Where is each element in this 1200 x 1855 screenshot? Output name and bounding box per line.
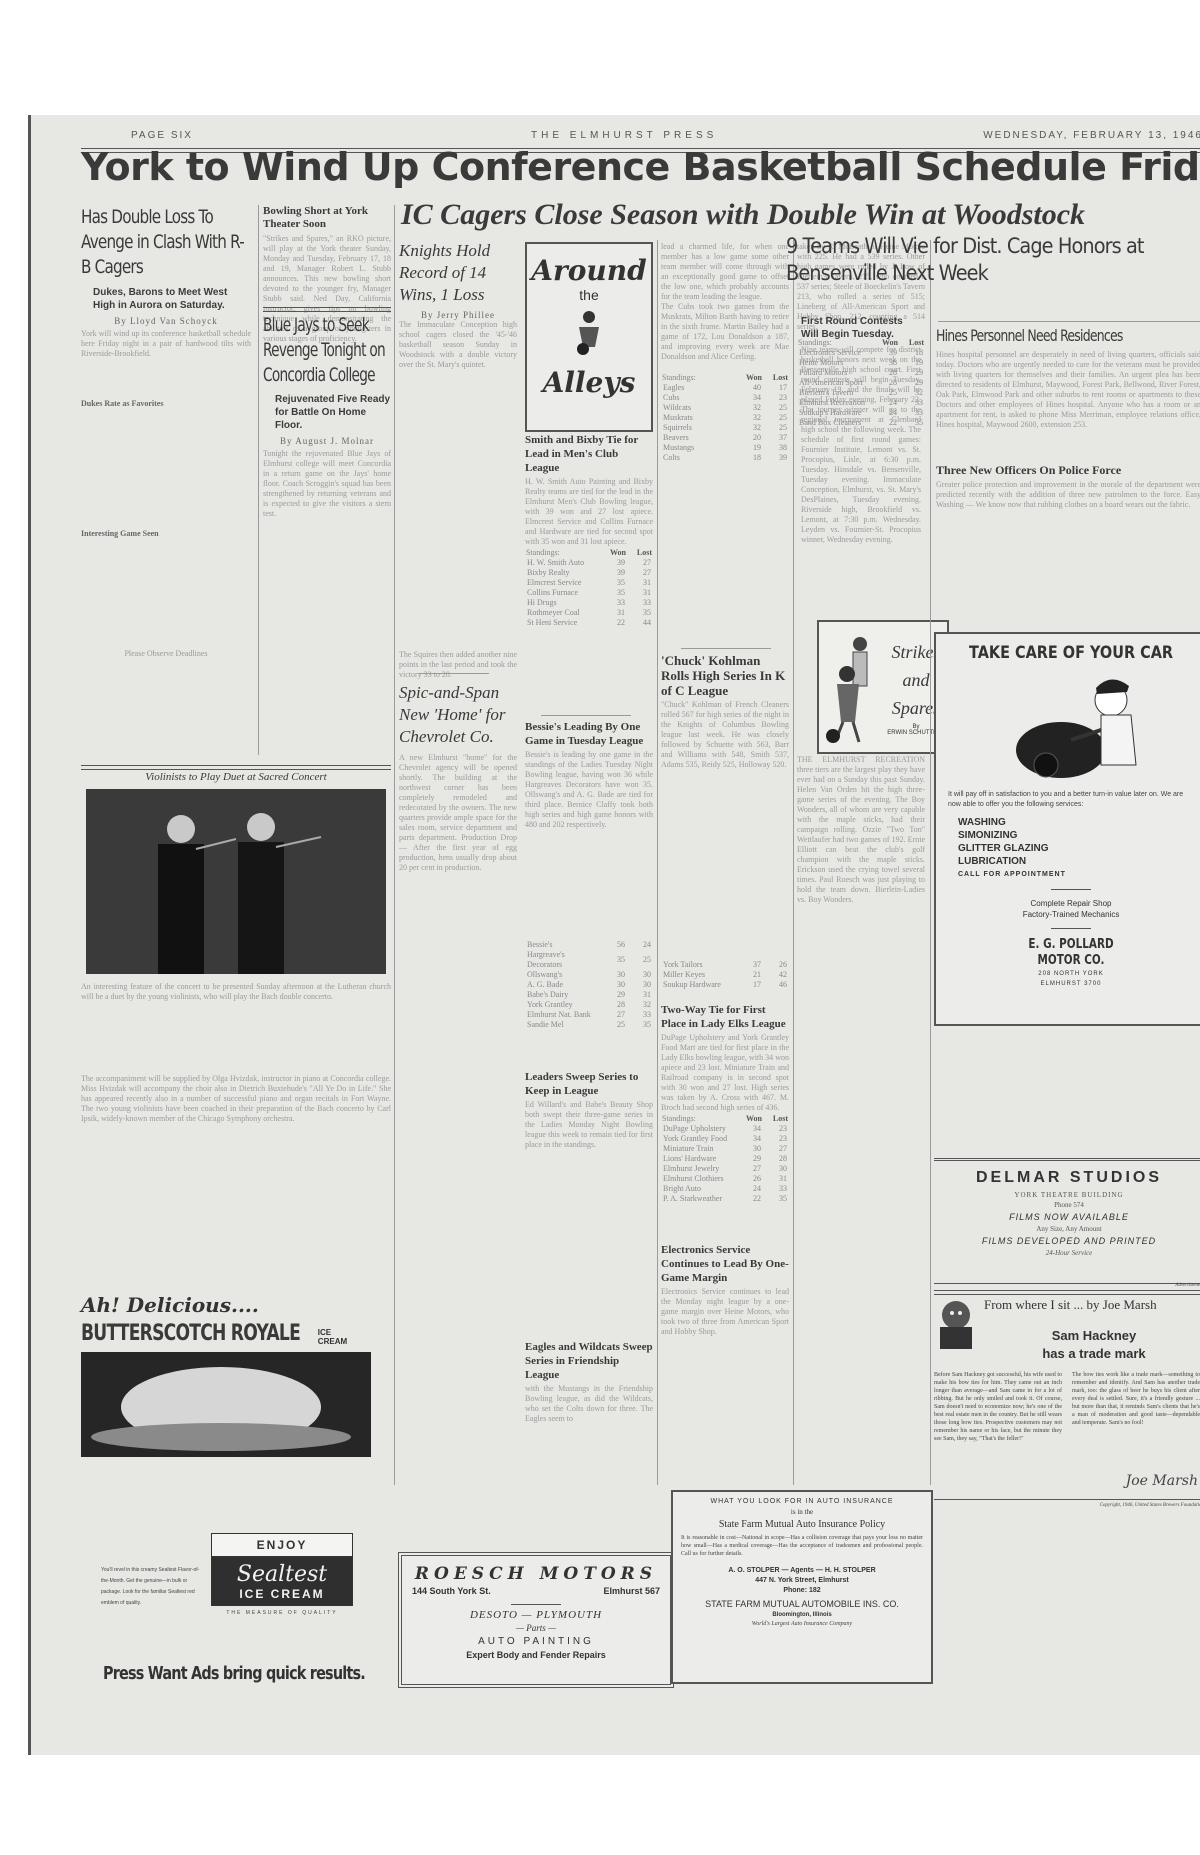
table-row: Ollswang's3030 [525,970,653,980]
table-row: A. G. Bade3030 [525,980,653,990]
ad-tagline: Ah! Delicious.... [81,1293,391,1317]
table-row: York Grantley Food3423 [661,1134,789,1144]
article-body: Bessie's is leading by one game in the s… [525,750,653,940]
services-list: WASHING SIMONIZING GLITTER GLAZING LUBRI… [936,810,1200,881]
standings-table: Standings:WonLost Eagles4017 Cubs3423 Wi… [661,372,789,463]
headline: Hines Personnel Need Residences [936,325,1186,346]
brand-name: Sealtest [212,1562,352,1587]
article-electronics-lead: Electronics Service Continues to Lead By… [661,1243,789,1412]
signature: Joe Marsh [1126,1473,1198,1489]
table-row: Wildcats3225 [661,403,789,413]
standings-table: Standings:WonLost H. W. Smith Auto3927 B… [525,547,653,628]
table-row: Bright Auto2433 [661,1184,789,1194]
article-kohlman: 'Chuck' Kohlman Rolls High Series In K o… [661,653,789,1000]
headline: Leaders Sweep Series to Keep in League [525,1070,653,1098]
table-row: Elmhurst Nat. Bank2733 [525,1010,653,1020]
table-row: York Tailors3726 [661,960,789,970]
bowler-icon [527,307,651,362]
byline: By Lloyd Van Schoyck [81,316,251,326]
table-row: Muskrats3225 [661,413,789,423]
ad-headline: ROESCH MOTORS [402,1564,670,1584]
article-eagles-wildcats: Eagles and Wildcats Sweep Series in Frie… [525,1340,653,1424]
article-body: The Immaculate Conception high school ca… [399,320,517,650]
section-rule [81,765,391,770]
headline: Bessie's Leading By One Game in Tuesday … [525,720,653,748]
ad-body: It is reasonable in cost—National in sco… [673,1530,931,1562]
section-rule [263,307,391,312]
article-body: A new Elmhurst "home" for the Chevrolet … [399,753,517,1373]
ad-headline: DELMAR STUDIOS [934,1169,1200,1187]
column-rule [930,240,931,1485]
butterscotch-ad: Ah! Delicious.... BUTTERSCOTCH ROYALE IC… [81,1293,391,1523]
column-title: From where I sit ... by Joe Marsh [984,1297,1157,1313]
table-row: Soukup Hardware1746 [661,980,789,990]
ic-cagers-headline: IC Cagers Close Season with Double Win a… [401,198,1200,232]
article-knights: Knights Hold Record of 14 Wins, 1 Loss B… [399,240,517,680]
violinists-photo [86,789,386,974]
table-row: St Heni Service2244 [525,618,653,628]
headline: Smith and Bixby Tie for Lead in Men's Cl… [525,433,653,475]
table-row: York Grantley2832 [525,1000,653,1010]
section-rule [681,648,771,649]
table-row: Sandie Mel2535 [525,1020,653,1030]
product-name: BUTTERSCOTCH ROYALE [81,1321,300,1346]
subsection-heading: Interesting Game Seen [81,529,251,539]
section-rule [541,715,631,716]
joe-marsh-portrait-icon [934,1297,978,1354]
article-body: York will wind up its conference basketb… [81,329,251,639]
pollard-name: E. G. POLLARD [963,937,1179,953]
table-row: Lions' Hardware2928 [661,1154,789,1164]
article-nine-teams: First Round Contests Will Begin Tuesday.… [801,315,921,545]
article-body: Tonight the rejuvenated Blue Jays of Elm… [263,449,391,739]
headline: 'Chuck' Kohlman Rolls High Series In K o… [661,653,789,698]
headline: Has Double Loss To Avenge in Clash With … [81,205,251,280]
article-smith-bixby: Smith and Bixby Tie for Lead in Men's Cl… [525,433,653,628]
article-body: with the Mustangs in the Friendship Bowl… [525,1384,653,1424]
table-row: Miller Keyes2142 [661,970,789,980]
standings-table: York Tailors3726 Miller Keyes2142 Soukup… [661,960,789,990]
article-lead-column: lead a charmed life, for when one member… [661,242,789,463]
ad-lead: WHAT YOU LOOK FOR IN AUTO INSURANCE [673,1498,931,1505]
photo-caption: An interesting feature of the concert to… [81,982,391,1072]
column-rule [793,240,794,1485]
ad-body-left: Before Sam Hackney got successful, his w… [934,1371,1062,1443]
byline: By August J. Molnar [263,436,391,446]
article-lady-elks: Two-Way Tie for First Place in Lady Elks… [661,1003,789,1204]
table-row: Bixby Realty3927 [525,568,653,578]
bowler-couple-icon [825,632,885,752]
newspaper-page: PAGE SIX THE ELMHURST PRESS WEDNESDAY, F… [28,115,1200,1755]
table-row: Cubs3423 [661,393,789,403]
subhead: Dukes, Barons to Meet West High in Auror… [93,286,251,312]
article-body: "Chuck" Kohlman of French Cleaners rolle… [661,700,789,1000]
article-body: THE ELMHURST RECREATION three tiers are … [797,755,925,1485]
banner-headline: York to Wind Up Conference Basketball Sc… [81,145,1200,189]
table-row: Elmhurst Clothiers2631 [661,1174,789,1184]
article-body: Nine teams will compete for district bas… [801,345,921,545]
headline: Two-Way Tie for First Place in Lady Elks… [661,1003,789,1031]
phone: Elmhurst 567 [603,1586,660,1596]
want-ads-slogan: Press Want Ads bring quick results. [103,1663,365,1684]
article-closing: The Squires then added another nine poin… [399,650,517,680]
column-rule [394,205,395,1485]
lady-elks-tail-standings: York Tailors3726 Miller Keyes2142 Soukup… [661,960,789,990]
masthead: PAGE SIX THE ELMHURST PRESS WEDNESDAY, F… [91,130,1200,146]
table-row: Collins Furnace3531 [525,588,653,598]
page-number: PAGE SIX [131,130,193,141]
table-row: H. W. Smith Auto3927 [525,558,653,568]
subhead: First Round Contests Will Begin Tuesday. [801,315,921,341]
headline: Blue Jays to Seek Revenge Tonight on Con… [263,313,391,388]
table-row: P. A. Starkweather2235 [661,1194,789,1204]
headline: Three New Officers On Police Force [936,463,1200,478]
column-rule [657,240,658,1485]
address: 144 South York St. [412,1586,491,1596]
ad-blurb: You'll revel in this creamy Sealtest Fla… [101,1565,201,1609]
headline: 9 Teams Will Vie for Dist. Cage Honors a… [786,233,1191,287]
byline: By Jerry Phillee [399,310,517,320]
around-alleys-logo: Around the Alleys [525,242,653,432]
table-row: Bessie's5624 [525,940,653,950]
article-double-loss: Has Double Loss To Avenge in Clash With … [81,205,251,659]
state-farm-ad: WHAT YOU LOOK FOR IN AUTO INSURANCE is i… [671,1490,933,1684]
column-rule [258,205,259,755]
article-body: Ed Willard's and Babe's Beauty Shop both… [525,1100,653,1320]
article-spic-span: Spic-and-Span New 'Home' for Chevrolet C… [399,682,517,1373]
article-body: lead a charmed life, for when one member… [661,242,789,302]
subhead: Rejuvenated Five Ready for Battle On Hom… [275,393,391,432]
table-row: Rothmeyer Coal3135 [525,608,653,618]
section-rule [938,321,1200,322]
section-rule [419,673,489,674]
ad-headline: TAKE CARE OF YOUR CAR [956,642,1186,664]
ad-body-right: The bow ties work like a trade mark—some… [1072,1371,1200,1427]
table-row: Mustangs1938 [661,443,789,453]
table-row: Hargreave's Decorators3525 [525,950,653,970]
policy-name: State Farm Mutual Auto Insurance Policy [673,1519,931,1530]
sealtest-logo: ENJOY Sealtest ICE CREAM THE MEASURE OF … [211,1533,353,1616]
joe-marsh-ad: Advertisement From where I sit ... by Jo… [934,1283,1200,1528]
article-body: DuPage Upholstery and York Grantley Food… [661,1033,789,1113]
paper-name: THE ELMHURST PRESS [531,130,717,141]
headline: Eagles and Wildcats Sweep Series in Frie… [525,1340,653,1382]
table-row: Babe's Dairy2931 [525,990,653,1000]
table-row: Hi Drugs3333 [525,598,653,608]
article-blue-jays: Blue Jays to Seek Revenge Tonight on Con… [263,313,391,739]
ice-cream-photo [81,1352,371,1457]
pollard-ad: TAKE CARE OF YOUR CAR It will pay off in… [934,632,1200,1026]
attendant-car-illustration [936,670,1200,790]
article-strikes-spares: THE ELMHURST RECREATION three tiers are … [797,755,925,1485]
headline: Bowling Short at York Theater Soon [263,205,391,231]
table-row: Squirrels3225 [661,423,789,433]
article-violinists: Violinists to Play Duet at Sacred Concer… [81,771,391,1124]
standings-table: Bessie's5624 Hargreave's Decorators3525 … [525,940,653,1030]
headline: Electronics Service Continues to Lead By… [661,1243,789,1285]
table-row: Colts1839 [661,453,789,463]
article-leaders-sweep: Leaders Sweep Series to Keep in League E… [525,1070,653,1320]
table-row: DuPage Upholstery3423 [661,1124,789,1134]
headline: Spic-and-Span New 'Home' for Chevrolet C… [399,682,517,748]
article-bessie: Bessie's Leading By One Game in Tuesday … [525,720,653,1030]
copyright: Copyright, 1946, United States Brewers F… [934,1499,1200,1508]
table-row: Miniature Train3027 [661,1144,789,1154]
table-row: Elmcrest Service3531 [525,578,653,588]
delmar-ad: DELMAR STUDIOS YORK THEATRE BUILDING Pho… [934,1158,1200,1284]
roesch-motors-ad: ROESCH MOTORS 144 South York St. Elmhurs… [398,1552,674,1688]
subsection-heading: Dukes Rate as Favorites [81,399,251,409]
table-row: Elmhurst Jewelry2730 [661,1164,789,1174]
article-body: Hines hospital personnel are desperately… [936,350,1200,430]
issue-date: WEDNESDAY, FEBRUARY 13, 1946 [983,130,1200,141]
article-body: H. W. Smith Auto Painting and Bixby Real… [525,477,653,547]
photo-headline: Violinists to Play Duet at Sacred Concer… [81,771,391,783]
standings-table: Standings:WonLost DuPage Upholstery3423 … [661,1113,789,1204]
table-row: Beavers2037 [661,433,789,443]
ad-body: It will pay off in satisfaction to you a… [936,790,1200,810]
article-police: Three New Officers On Police Force Great… [936,463,1200,550]
deadlines-note: Please Observe Deadlines [81,649,251,659]
article-hines: Hines Personnel Need Residences Hines ho… [936,325,1200,430]
table-row: Eagles4017 [661,383,789,393]
headline: Knights Hold Record of 14 Wins, 1 Loss [399,240,517,306]
article-body: The accompaniment will be supplied by Ol… [81,1074,391,1124]
article-nine-teams-headline: 9 Teams Will Vie for Dist. Cage Honors a… [786,233,1200,287]
